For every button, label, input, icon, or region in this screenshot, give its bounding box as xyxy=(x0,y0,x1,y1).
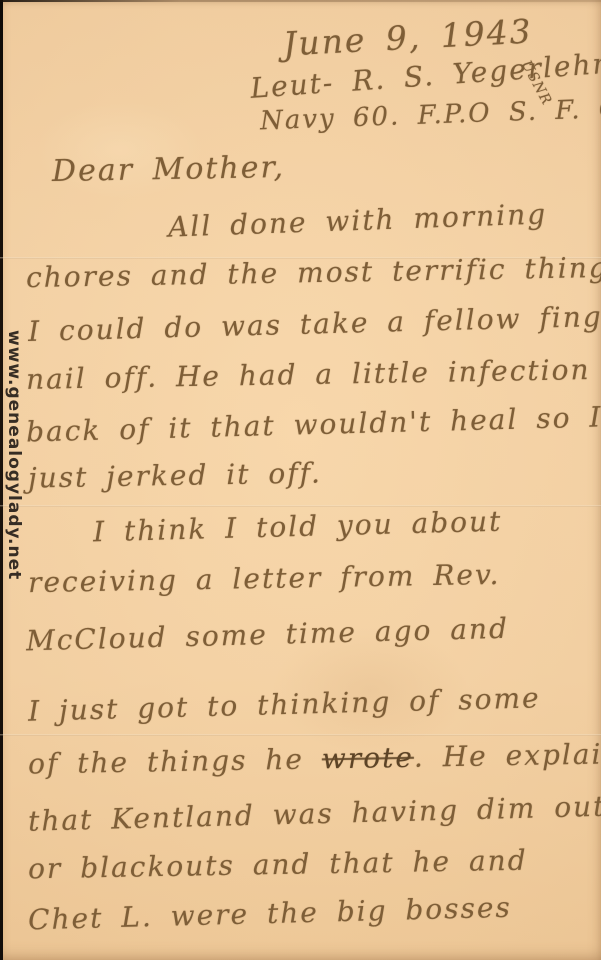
scan-edge-top xyxy=(0,0,601,2)
body-line: of the things he wrote. He explained xyxy=(28,736,601,780)
body-line: Chet L. were the big bosses xyxy=(28,891,513,937)
overwritten-word: wrote xyxy=(322,741,415,776)
body-line: I think I told you about xyxy=(93,505,503,549)
body-line: back of it that wouldn't heal so I xyxy=(26,400,601,448)
body-line-segment: . He explained xyxy=(414,736,601,773)
scan-edge-left xyxy=(0,0,3,960)
paper-crease xyxy=(0,505,601,507)
body-line: just jerked it off. xyxy=(28,456,322,494)
salutation: Dear Mother, xyxy=(52,150,286,189)
body-line: I could do was take a fellow finger xyxy=(28,299,601,348)
body-line: All done with morning xyxy=(168,197,548,243)
body-line: nail off. He had a little infection xyxy=(26,353,591,396)
body-line: or blackouts and that he and xyxy=(28,844,528,886)
body-line: McCloud some time ago and xyxy=(26,612,510,658)
body-line: chores and the most terrific thing xyxy=(26,251,601,294)
body-line: receiving a letter from Rev. xyxy=(28,558,501,599)
letter-scan: www.genealogylady.net June 9, 1943 Leut-… xyxy=(0,0,601,960)
watermark-text: www.genealogylady.net xyxy=(4,330,24,580)
paper-crease xyxy=(0,734,601,736)
body-line: that Kentland was having dim outs xyxy=(28,789,601,838)
body-line: I just got to thinking of some xyxy=(28,681,541,727)
body-line-segment: of the things he xyxy=(28,742,322,780)
